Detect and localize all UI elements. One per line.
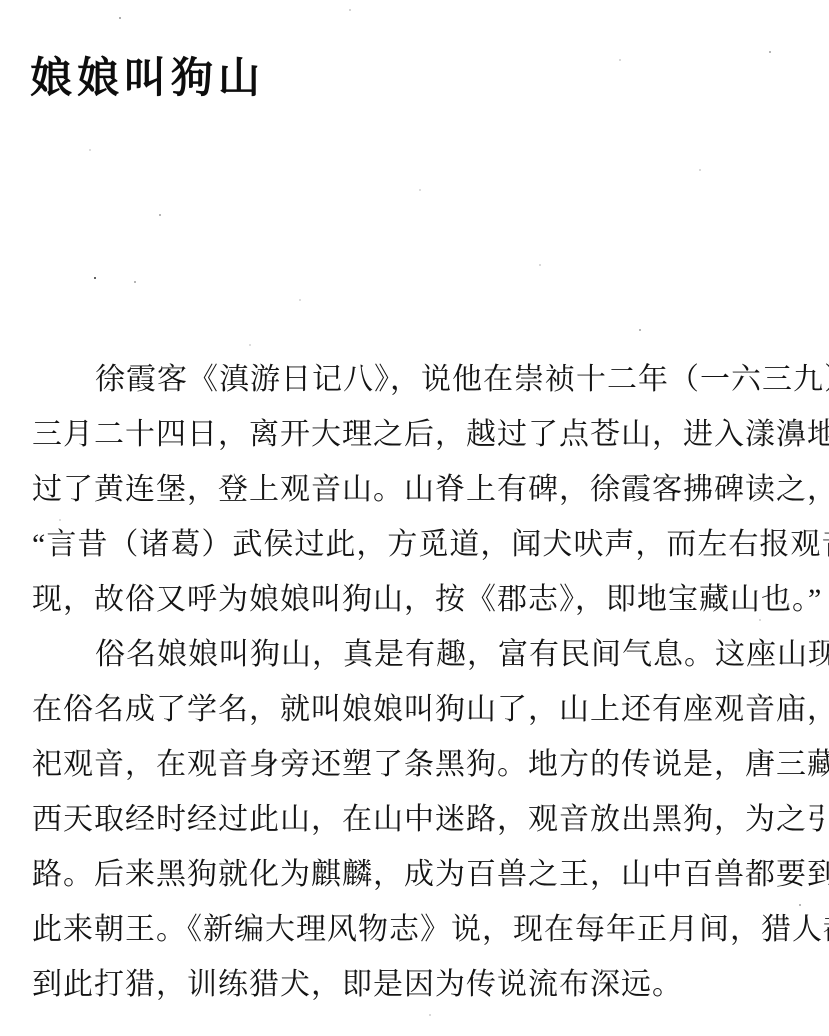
body-line: “言昔（诸葛）武侯过此，方觅道，闻犬吠声，而左右报观音 <box>32 517 809 572</box>
body-line: 三月二十四日，离开大理之后，越过了点苍山，进入漾濞地界， <box>32 407 809 462</box>
body-line: 徐霞客《滇游日记八》，说他在崇祯十二年（一六三九） <box>32 352 809 407</box>
body-line: 过了黄连堡，登上观音山。山脊上有碑，徐霞客拂碑读之， <box>32 462 809 517</box>
body-line: 俗名娘娘叫狗山，真是有趣，富有民间气息。这座山现 <box>32 627 809 682</box>
body-text: 徐霞客《滇游日记八》，说他在崇祯十二年（一六三九） 三月二十四日，离开大理之后，… <box>32 352 809 1012</box>
scanned-book-page: 娘娘叫狗山 徐霞客《滇游日记八》，说他在崇祯十二年（一六三九） 三月二十四日，离… <box>0 0 829 1036</box>
body-line: 祀观音，在观音身旁还塑了条黑狗。地方的传说是，唐三藏 <box>32 737 809 792</box>
body-line: 西天取经时经过此山，在山中迷路，观音放出黑狗，为之引 <box>32 792 809 847</box>
body-line: 此来朝王。《新编大理风物志》说，现在每年正月间，猎人都 <box>32 902 809 957</box>
page-title: 娘娘叫狗山 <box>30 56 265 102</box>
body-line: 到此打猎，训练猎犬，即是因为传说流布深远。 <box>32 957 809 1012</box>
body-line: 现，故俗又呼为娘娘叫狗山，按《郡志》，即地宝藏山也。” <box>32 572 809 627</box>
body-line: 路。后来黑狗就化为麒麟，成为百兽之王，山中百兽都要到 <box>32 847 809 902</box>
body-line: 在俗名成了学名，就叫娘娘叫狗山了，山上还有座观音庙，内 <box>32 682 809 737</box>
